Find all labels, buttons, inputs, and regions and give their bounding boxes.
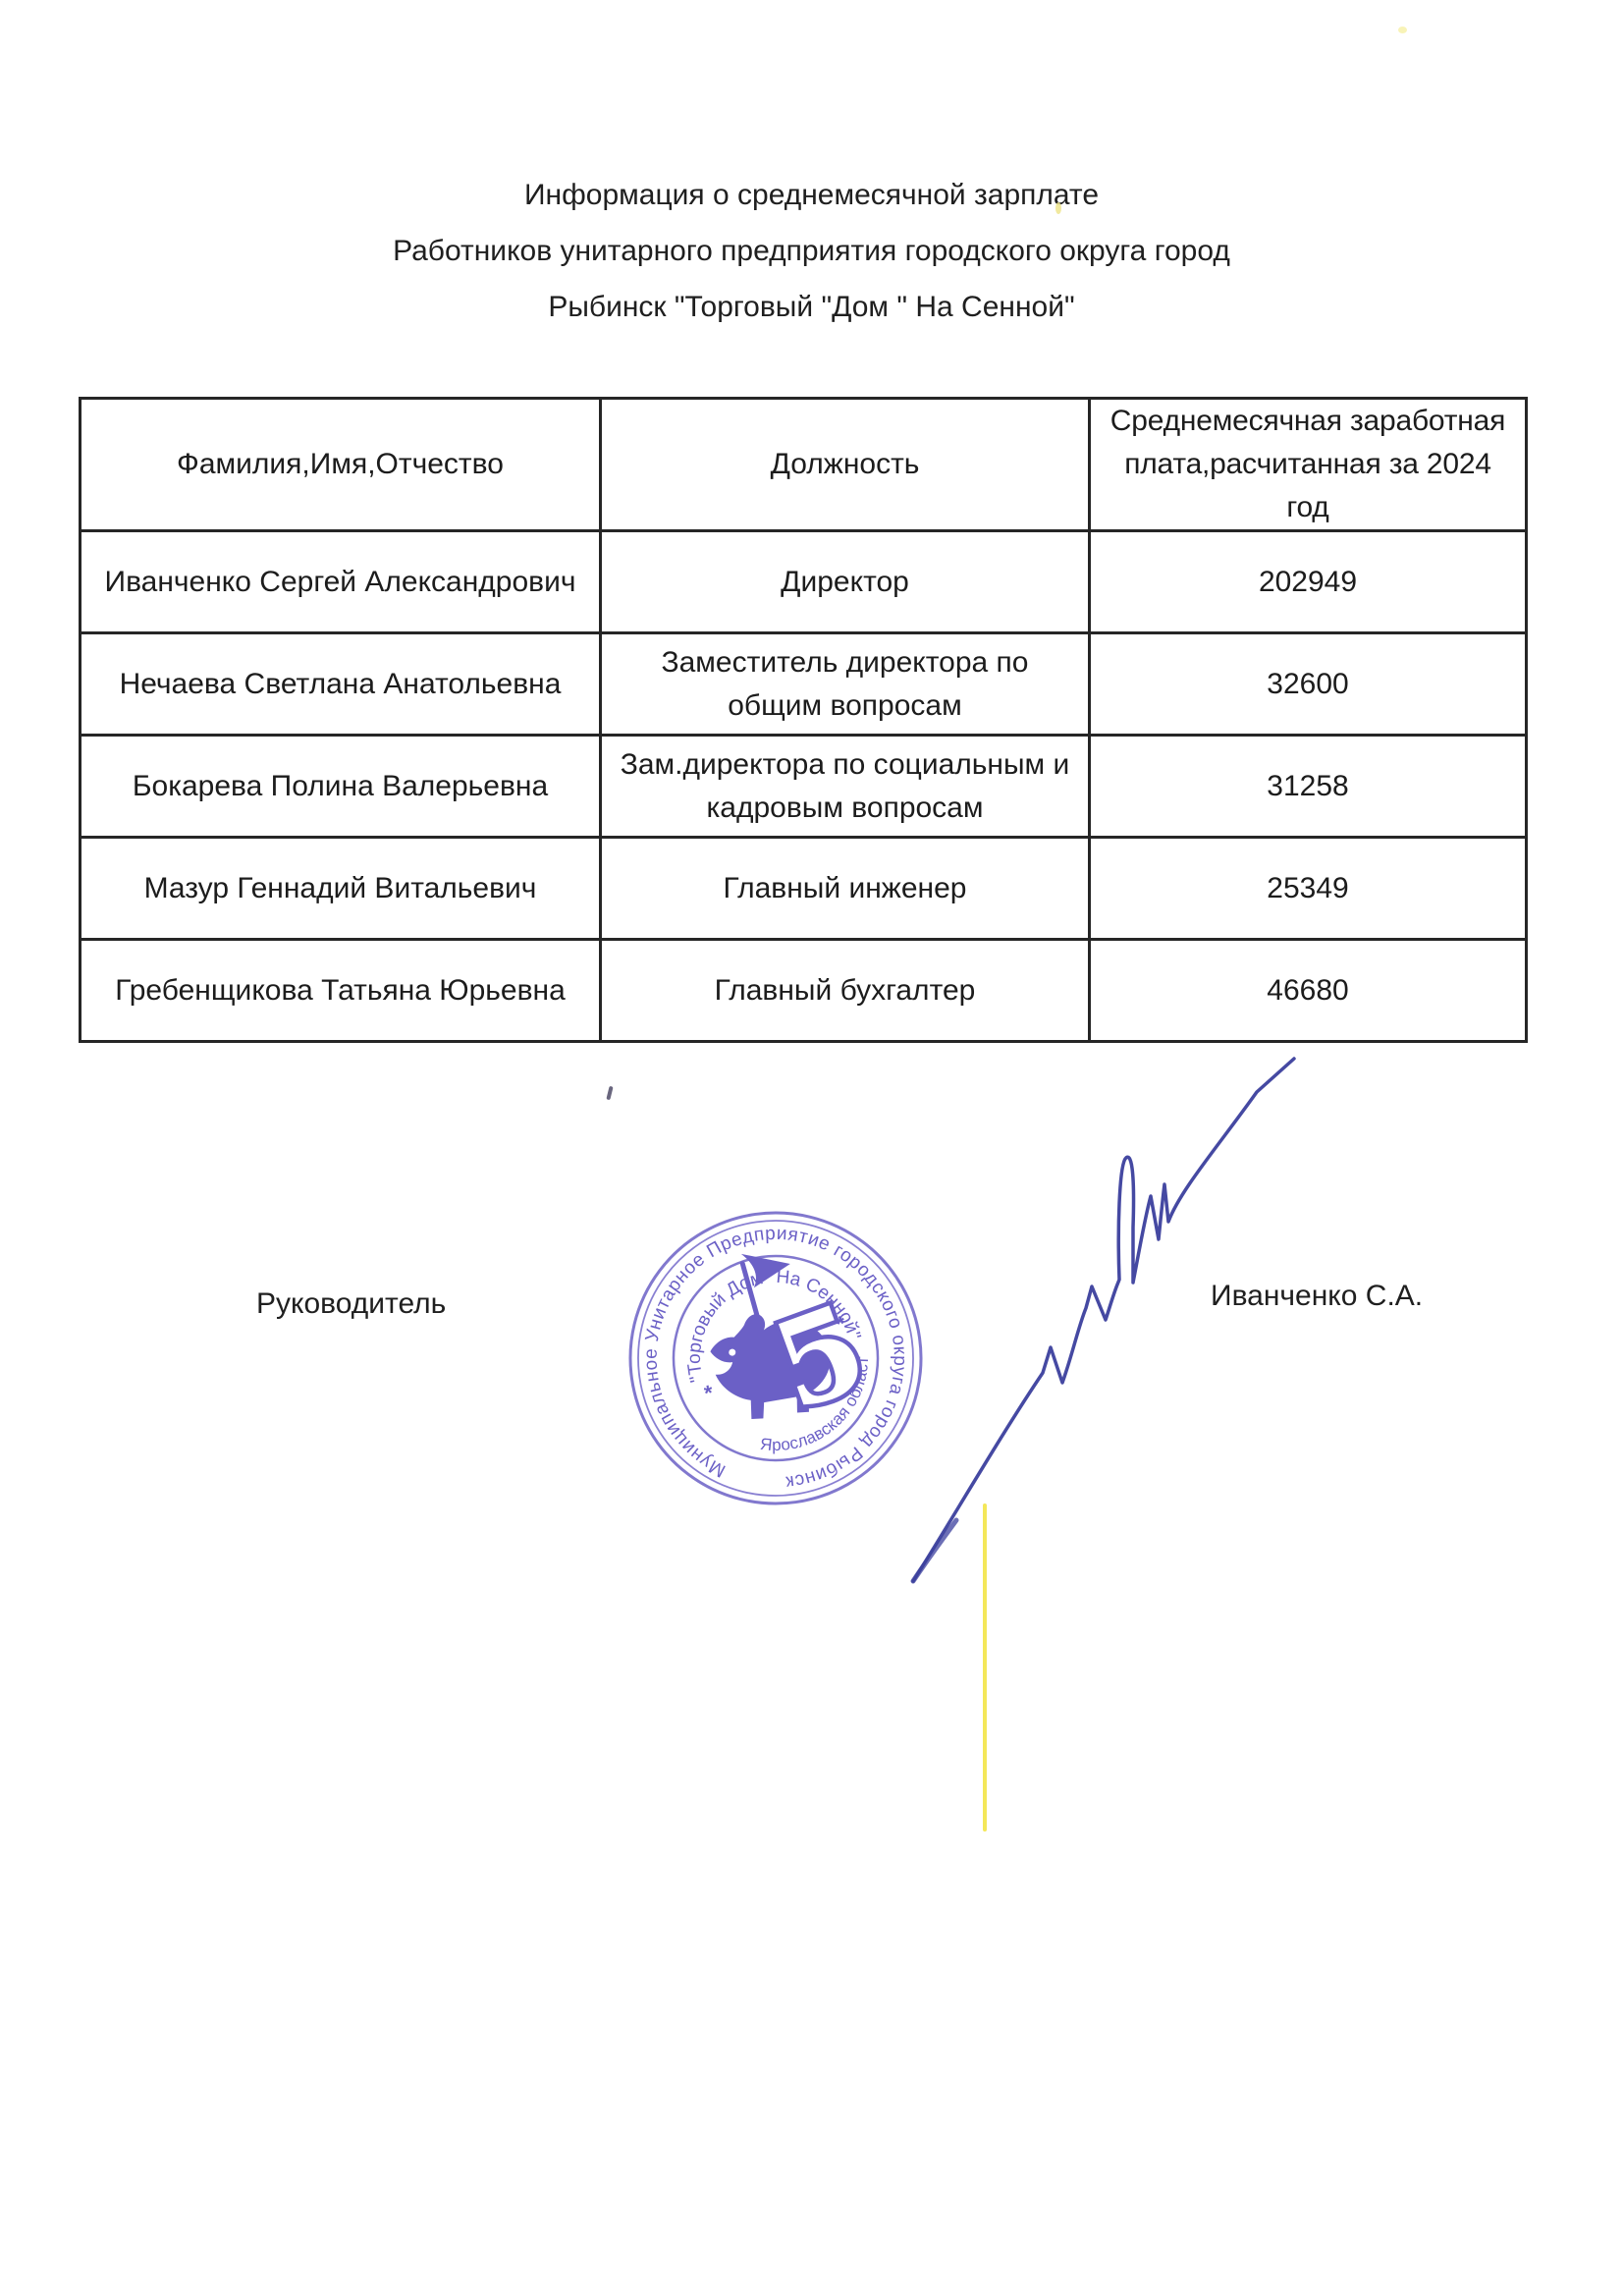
title-line-3: Рыбинск "Торговый "Дом " На Сенной" bbox=[0, 279, 1623, 335]
scan-speck bbox=[1055, 202, 1061, 214]
cell-position: Зам.директора по социальным и кадровым в… bbox=[601, 736, 1090, 838]
cell-salary: 25349 bbox=[1090, 838, 1527, 940]
table-row: Мазур Геннадий Витальевич Главный инжене… bbox=[81, 838, 1527, 940]
table-row: Иванченко Сергей Александрович Директор … bbox=[81, 531, 1527, 633]
scan-speck bbox=[1398, 27, 1407, 33]
header-salary: Среднемесячная заработная плата,расчитан… bbox=[1090, 399, 1527, 531]
cell-salary: 32600 bbox=[1090, 633, 1527, 736]
title-line-2: Работников унитарного предприятия городс… bbox=[0, 223, 1623, 279]
table-row: Бокарева Полина Валерьевна Зам.директора… bbox=[81, 736, 1527, 838]
cell-full-name: Нечаева Светлана Анатольевна bbox=[81, 633, 601, 736]
cell-salary: 46680 bbox=[1090, 940, 1527, 1042]
scanned-document-page: Информация о среднемесячной зарплате Раб… bbox=[0, 0, 1623, 2296]
cell-full-name: Иванченко Сергей Александрович bbox=[81, 531, 601, 633]
cell-position: Директор bbox=[601, 531, 1090, 633]
header-full-name: Фамилия,Имя,Отчество bbox=[81, 399, 601, 531]
cell-full-name: Мазур Геннадий Витальевич bbox=[81, 838, 601, 940]
cell-salary: 31258 bbox=[1090, 736, 1527, 838]
footer-role-label: Руководитель bbox=[256, 1287, 446, 1321]
header-position: Должность bbox=[601, 399, 1090, 531]
ink-speck bbox=[606, 1086, 613, 1101]
table-row: Гребенщикова Татьяна Юрьевна Главный бух… bbox=[81, 940, 1527, 1042]
cell-position: Главный инженер bbox=[601, 838, 1090, 940]
table-row: Нечаева Светлана Анатольевна Заместитель… bbox=[81, 633, 1527, 736]
salary-table: Фамилия,Имя,Отчество Должность Среднемес… bbox=[79, 397, 1528, 1043]
cell-full-name: Гребенщикова Татьяна Юрьевна bbox=[81, 940, 601, 1042]
yellow-scan-line bbox=[983, 1503, 987, 1831]
cell-position: Главный бухгалтер bbox=[601, 940, 1090, 1042]
cell-salary: 202949 bbox=[1090, 531, 1527, 633]
table-header-row: Фамилия,Имя,Отчество Должность Среднемес… bbox=[81, 399, 1527, 531]
cell-full-name: Бокарева Полина Валерьевна bbox=[81, 736, 601, 838]
title-line-1: Информация о среднемесячной зарплате bbox=[0, 167, 1623, 223]
signature-main-stroke bbox=[913, 1059, 1294, 1581]
stamp-star-left-icon: * bbox=[703, 1380, 715, 1405]
signature-ink bbox=[864, 1031, 1316, 1620]
document-title: Информация о среднемесячной зарплате Раб… bbox=[0, 167, 1623, 335]
cell-position: Заместитель директора по общим вопросам bbox=[601, 633, 1090, 736]
